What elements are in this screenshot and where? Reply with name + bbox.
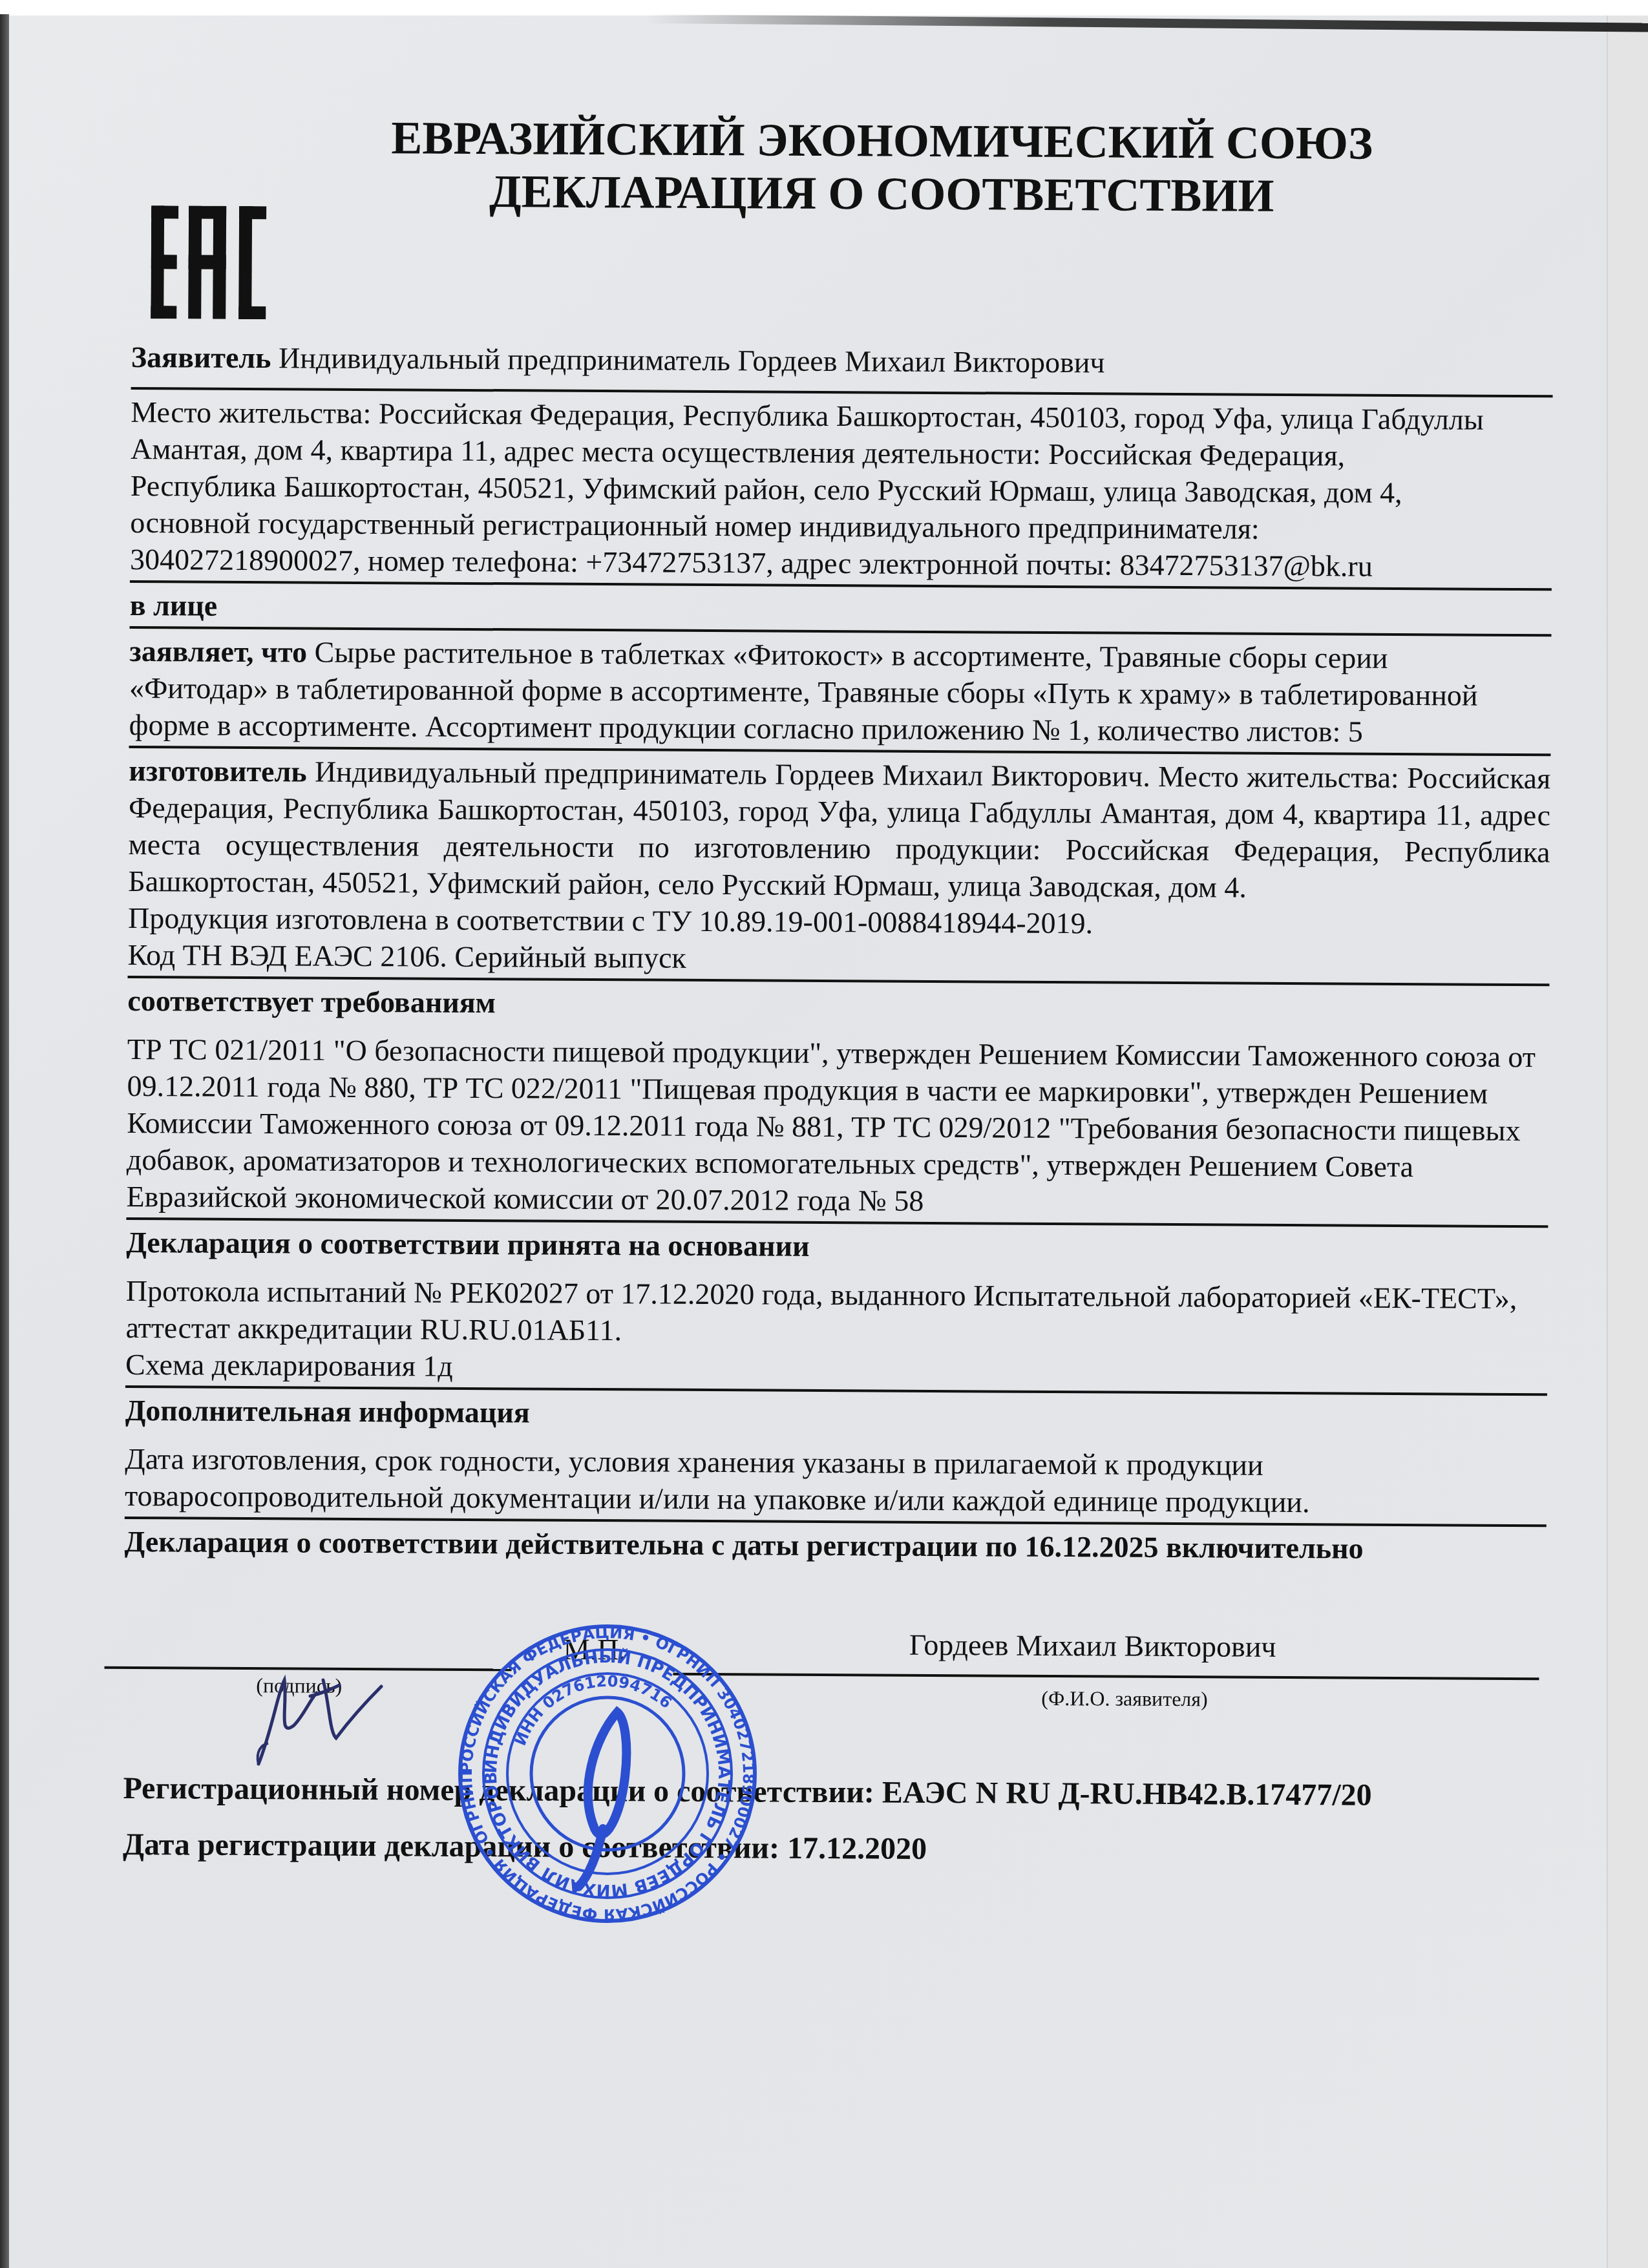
name-line [673,1673,1539,1680]
additional-label: Дополнительная информация [125,1392,1547,1436]
applicant-label: Заявитель [131,341,271,374]
eac-mark-icon: EAC [151,205,274,319]
declares-label: заявляет, что [129,635,307,669]
document-title: ДЕКЛАРАЦИЯ О СООТВЕТСТВИИ [209,163,1554,224]
applicant-name: Индивидуальный предприниматель Гордеев М… [279,341,1105,379]
represented-by-label: в лице [130,587,1552,631]
name-caption: (Ф.И.О. заявителя) [1041,1686,1208,1711]
complies-requirements: ТР ТС 021/2011 "О безопасности пищевой п… [126,1031,1549,1223]
manufacturer-details: Индивидуальный предприниматель Гордеев М… [128,755,1550,904]
manufacturer-section: изготовитель Индивидуальный предпринимат… [128,752,1550,907]
handwritten-signature-icon [233,1654,427,1783]
applicant-section: Заявитель Индивидуальный предприниматель… [131,339,1553,383]
basis-protocol: Протокола испытаний № РЕК02027 от 17.12.… [125,1272,1548,1354]
validity-statement: Декларация о соответствии действительна … [124,1523,1546,1568]
declares-products: Сырье растительное в таблетках «Фитокост… [129,636,1478,748]
manufacturer-code: Код ТН ВЭД ЕАЭС 2106. Серийный выпуск [128,936,1550,981]
manufacturer-label: изготовитель [129,754,307,788]
declaration-document: ЕВРАЗИЙСКИЙ ЭКОНОМИЧЕСКИЙ СОЮЗ ДЕКЛАРАЦИ… [123,110,1554,1871]
declares-section: заявляет, что Сырье растительное в табле… [129,633,1552,751]
basis-label: Декларация о соответствии принята на осн… [126,1224,1548,1268]
complies-label: соответствует требованиям [127,982,1549,1027]
additional-info: Дата изготовления, срок годности, услови… [125,1440,1547,1522]
svg-text:РОССИЙСКАЯ ФЕДЕРАЦИЯ • ОГРНИП: РОССИЙСКАЯ ФЕДЕРАЦИЯ • ОГРНИП 3040272189… [456,1622,757,1924]
registration-number-value: ЕАЭС N RU Д-RU.НВ42.В.17477/20 [882,1776,1372,1812]
registration-date-value: 17.12.2020 [787,1831,927,1866]
paper-right-edge [1607,16,1648,2268]
union-heading: ЕВРАЗИЙСКИЙ ЭКОНОМИЧЕСКИЙ СОЮЗ [210,110,1554,171]
company-seal-stamp-icon: РОССИЙСКАЯ ФЕДЕРАЦИЯ • ОГРНИП 3040272189… [456,1622,759,1926]
basis-scheme: Схема декларирования 1д [125,1346,1547,1391]
scan-margin-top [0,0,1648,16]
applicant-details: Место жительства: Российская Федерация, … [130,394,1553,585]
scan-shadow-left [0,14,9,2268]
applicant-full-name: Гордеев Михаил Викторович [909,1628,1276,1664]
